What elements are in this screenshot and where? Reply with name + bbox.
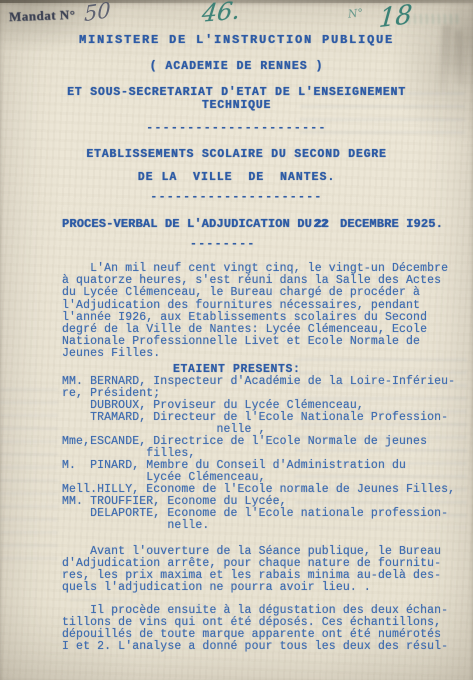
dashed-separator: ---------------------- bbox=[0, 124, 473, 134]
academy-subtitle: ( ACADEMIE DE RENNES ) bbox=[0, 60, 473, 74]
text-line: quels l'adjudication ne pourra avoir lie… bbox=[62, 582, 473, 594]
proces-verbal-suffix: DECEMBRE I925. bbox=[333, 217, 443, 231]
text-line: nelle. bbox=[62, 520, 473, 532]
proces-verbal-title: PROCES-VERBAL DE L'ADJUDICATION DU22 DEC… bbox=[62, 218, 473, 231]
secretariat-line2: TECHNIQUE bbox=[0, 100, 473, 113]
text-line: Jeunes Filles. bbox=[62, 348, 473, 360]
opening-paragraph: L'An mil neuf cent vingt cinq, le vingt-… bbox=[62, 263, 473, 361]
text-line: du Lycée Clémenceau, le Bureau chargé de… bbox=[62, 287, 473, 299]
secretariat-line1: ET SOUS-SECRETARIAT D'ETAT DE L'ENSEIGNE… bbox=[0, 87, 473, 100]
typed-document: MINISTERE DE L'INSTRUCTION PUBLIQUE ( AC… bbox=[0, 0, 473, 653]
prices-paragraph: Avant l'ouverture de la Séance publique,… bbox=[62, 546, 473, 595]
text-line: l'Adjudication des fournitures nécessair… bbox=[62, 300, 473, 312]
dashed-separator: -------- bbox=[190, 240, 473, 250]
document-title-line1: ETABLISSEMENTS SCOLAIRE DU SECOND DEGRE bbox=[0, 148, 473, 161]
document-title-line2: DE LA VILLE DE NANTES. bbox=[0, 171, 473, 184]
attendees-heading: ETAIENT PRESENTS: bbox=[173, 364, 473, 376]
secretariat-subtitle: ET SOUS-SECRETARIAT D'ETAT DE L'ENSEIGNE… bbox=[0, 87, 473, 112]
attendees-list: MM. BERNARD, Inspecteur d'Académie de la… bbox=[62, 376, 473, 532]
text-line: Il procède ensuite à la dégustation des … bbox=[62, 605, 473, 617]
wine-tasting-paragraph: Il procède ensuite à la dégustation des … bbox=[62, 605, 473, 654]
scanned-document-page: Mandat N° 50 46. N° 18 MINISTERE DE L'IN… bbox=[0, 0, 473, 680]
text-line: I et 2. L'analyse a donné pour tous les … bbox=[62, 641, 473, 653]
ministry-title: MINISTERE DE L'INSTRUCTION PUBLIQUE bbox=[0, 33, 473, 47]
proces-verbal-day-overstruck: 22 bbox=[312, 217, 333, 231]
proces-verbal-prefix: PROCES-VERBAL DE L'ADJUDICATION DU bbox=[62, 217, 312, 231]
dashed-separator: --------------------- bbox=[0, 193, 473, 203]
